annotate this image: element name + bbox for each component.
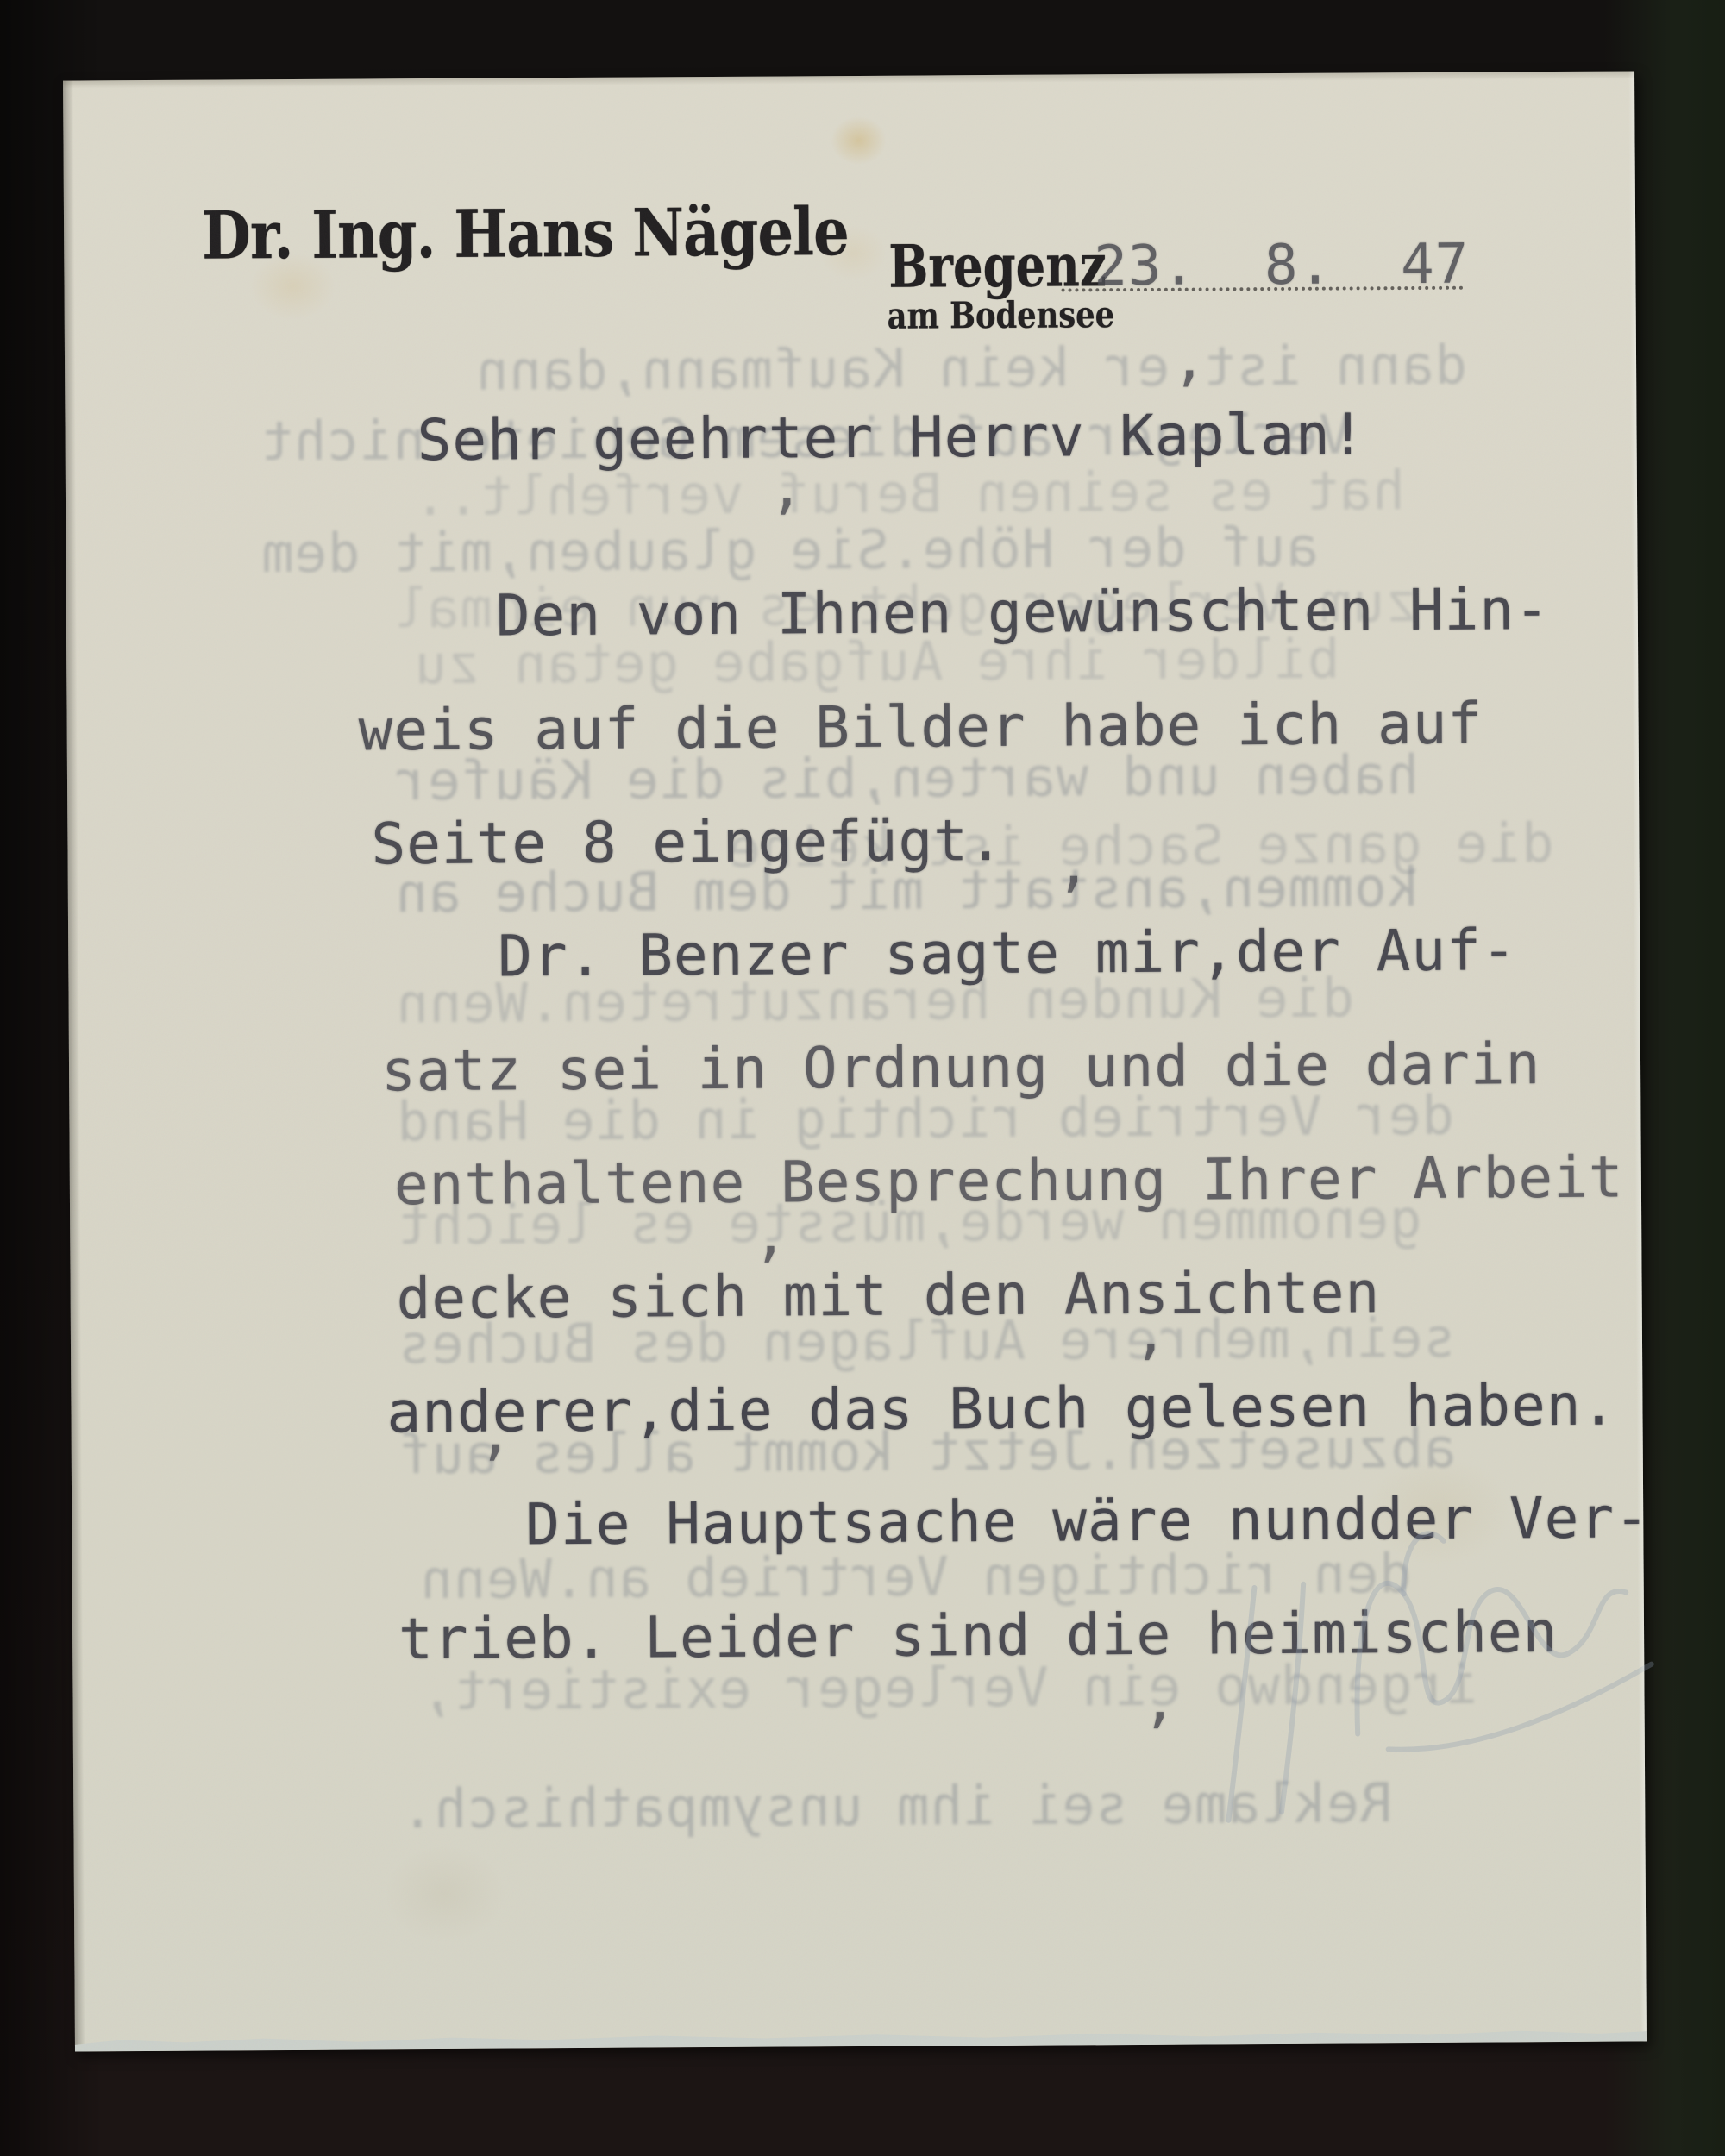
typed-text-line: decke sich mit den Ansichten xyxy=(396,1264,1380,1327)
stray-ink-mark: , xyxy=(1133,1305,1168,1362)
stray-ink-mark: , xyxy=(1056,837,1090,893)
bleedthrough-line: dann ist er kein Kaufmann,dann xyxy=(475,339,1467,398)
typed-text-line: Seite 8 eingefügt. xyxy=(371,812,1004,873)
typed-text-line: anderer,die das Buch gelesen haben. xyxy=(386,1377,1616,1442)
typed-text-line: weis auf die Bilder habe ich auf xyxy=(358,696,1483,760)
bleedthrough-line: hat es seinen Beruf verfehlt.. xyxy=(413,464,1405,523)
letterhead-sender-name: Dr. Ing. Hans Nägele xyxy=(202,193,849,274)
paper-deckle-edge xyxy=(75,2027,1647,2051)
typed-text-line: Sehr geehrter Herrv Kaplan! xyxy=(417,406,1365,469)
paper-edge-left xyxy=(63,81,85,2052)
typed-text-line: Den von Ihnen gewünschten Hin- xyxy=(496,581,1550,644)
typed-text-line: satz sei in Ordnung und die darin xyxy=(381,1036,1541,1100)
typed-text-line: enthaltene Besprechung Ihrer Arbeit xyxy=(394,1150,1624,1214)
paper-edge-top xyxy=(63,71,1634,88)
stray-ink-mark: ’ xyxy=(1170,367,1205,423)
stray-ink-mark: , xyxy=(753,1206,787,1263)
bleedthrough-line: auf der Höhe.Sie glauben,mit dem xyxy=(260,521,1319,580)
letter-paper: Dr. Ing. Hans Nägele Bregenz 23. 8. 47 a… xyxy=(63,71,1647,2051)
stray-ink-mark: , xyxy=(769,459,804,516)
scan-background: Dr. Ing. Hans Nägele Bregenz 23. 8. 47 a… xyxy=(0,0,1725,2156)
typed-text-line: Dr. Benzer sagte mir,der Auf- xyxy=(498,922,1517,985)
stray-ink-mark: , xyxy=(478,1405,512,1462)
letterhead-place-subline: am Bodensee xyxy=(888,293,1115,337)
paper-edge-right xyxy=(1628,71,1647,2041)
